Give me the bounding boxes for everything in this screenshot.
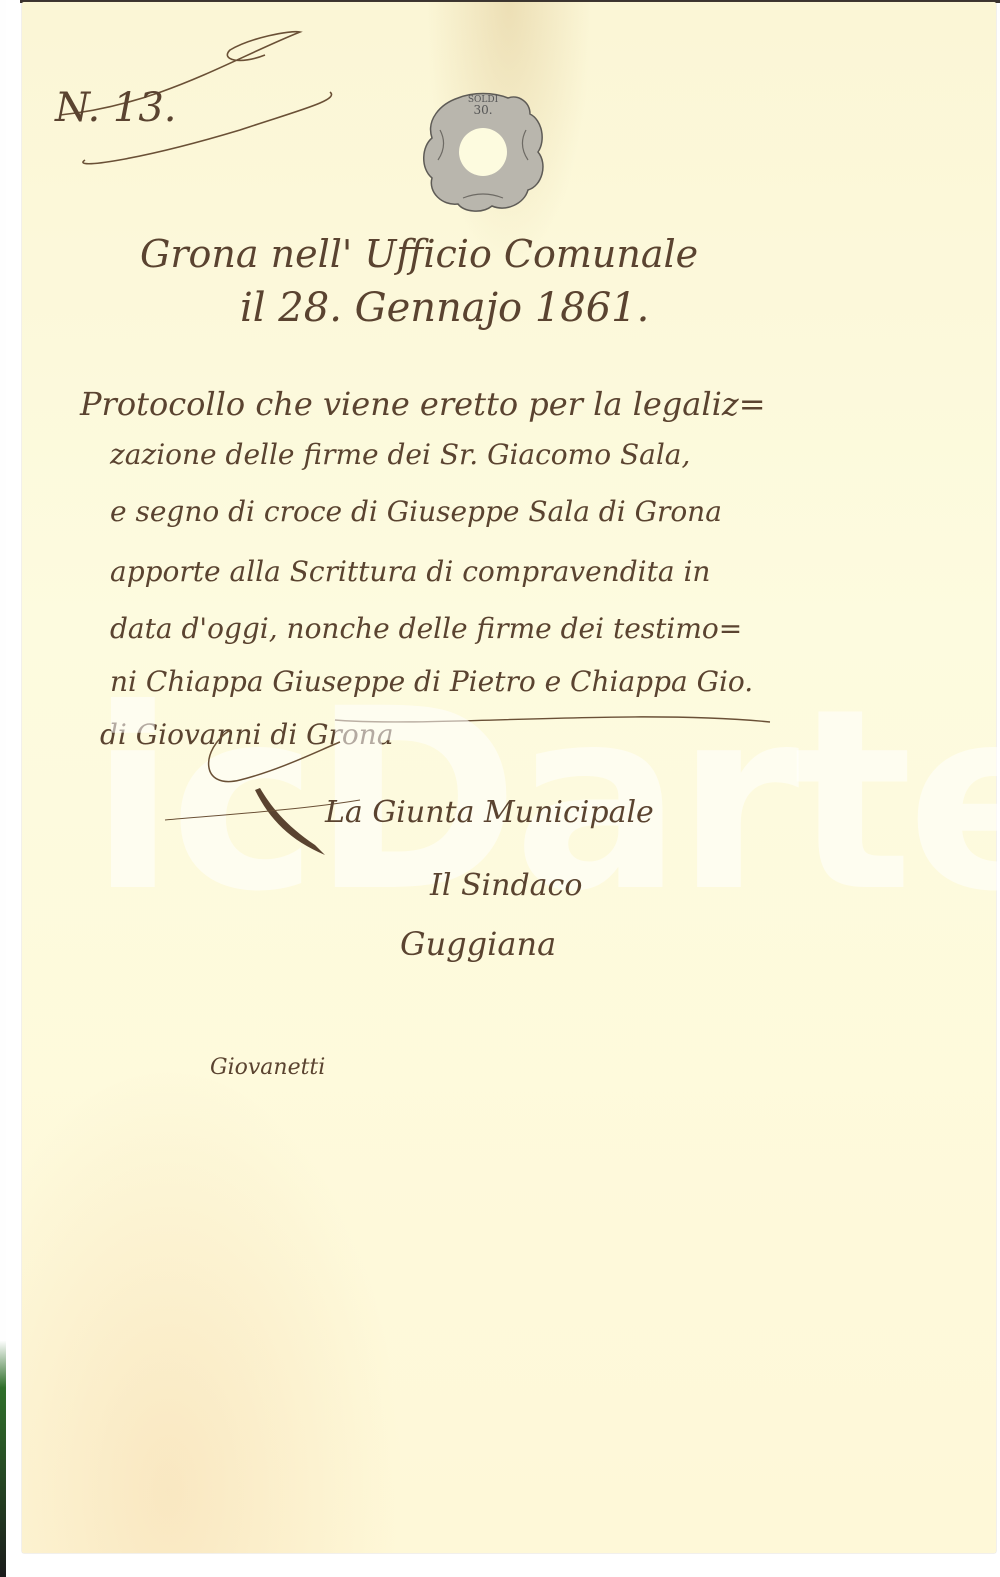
signature-giunta: La Giunta Municipale xyxy=(325,795,654,830)
header-date: il 28. Gennajo 1861. xyxy=(240,285,649,331)
header-place: Grona nell' Ufficio Comunale xyxy=(140,232,698,276)
signature-title: Il Sindaco xyxy=(430,868,582,903)
signature-secretary: Giovanetti xyxy=(210,1055,325,1080)
body-line: ni Chiappa Giuseppe di Pietro e Chiappa … xyxy=(110,665,753,698)
body-line: apporte alla Scrittura di compravendita … xyxy=(110,555,710,588)
reference-number: N. 13. xyxy=(55,85,176,131)
body-line: e segno di croce di Giuseppe Sala di Gro… xyxy=(110,495,722,528)
scan-edge-left xyxy=(0,0,6,1577)
stamp-value-text: 30. xyxy=(458,105,508,115)
revenue-stamp-label: SOLDI 30. xyxy=(458,95,508,115)
signature-mayor: Guggiana xyxy=(400,925,556,963)
signature-flourish-icon xyxy=(160,720,380,860)
body-line: data d'oggi, nonche delle firme dei test… xyxy=(110,612,742,645)
underline-flourish-icon xyxy=(330,700,780,740)
body-line: Protocollo che viene eretto per la legal… xyxy=(80,385,766,423)
body-line: zazione delle firme dei Sr. Giacomo Sala… xyxy=(110,438,690,471)
